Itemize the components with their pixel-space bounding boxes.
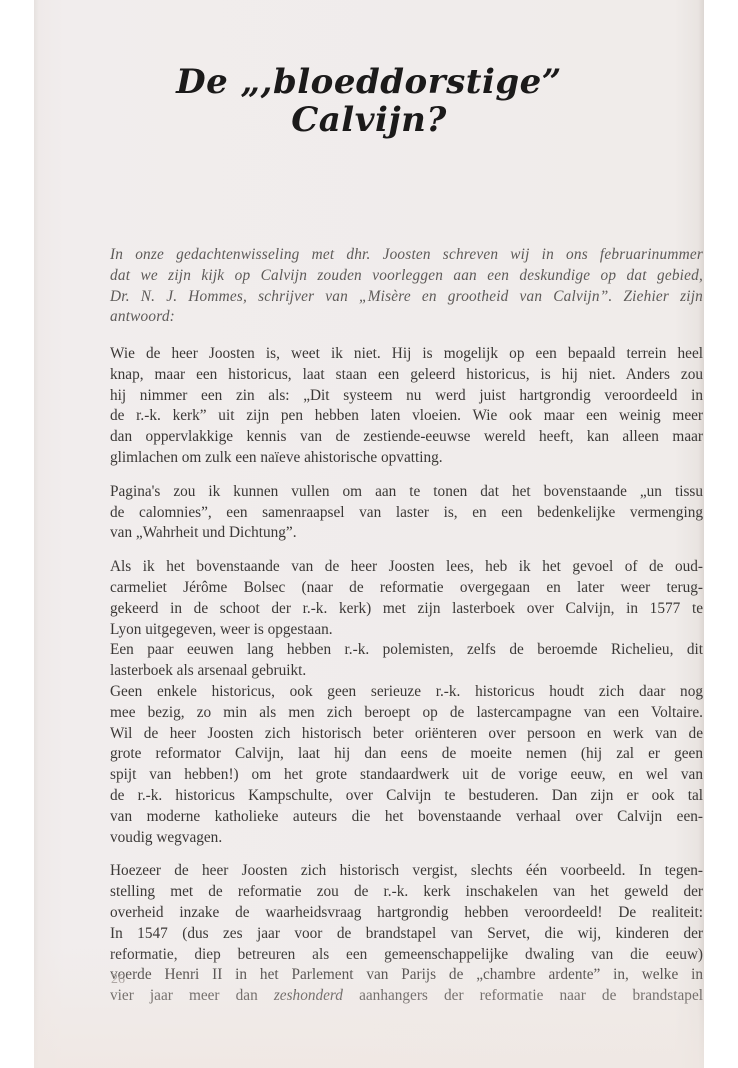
article-title: De „,bloeddorstige” Calvijn? bbox=[34, 63, 704, 139]
intro-line: dat we zijn kijk op Calvijn zouden voorl… bbox=[110, 266, 703, 287]
emphasized-word: zeshonderd bbox=[274, 987, 343, 1004]
text-line: Als ik het bovenstaande van de heer Joos… bbox=[110, 557, 703, 578]
text-line: Een paar eeuwen lang hebben r.-k. polemi… bbox=[110, 640, 703, 661]
text-line: Geen enkele historicus, ook geen serieuz… bbox=[110, 682, 703, 703]
text-line: spijt van hebben!) om het grote standaar… bbox=[110, 765, 703, 786]
intro-paragraph: In onze gedachtenwisseling met dhr. Joos… bbox=[110, 245, 703, 328]
body-paragraph: Wie de heer Joosten is, weet ik niet. Hi… bbox=[110, 344, 703, 469]
text-line: vier jaar meer dan zeshonderd aanhangers… bbox=[110, 986, 703, 1007]
intro-line: Dr. N. J. Hommes, schrijver van „Misère … bbox=[110, 287, 703, 308]
text-line: overheid inzake de waarheidsvraag hartgr… bbox=[110, 903, 703, 924]
text-line: grote reformator Calvijn, laat hij dan e… bbox=[110, 744, 703, 765]
text-line: mee bezig, zo min als men zich beroept o… bbox=[110, 703, 703, 724]
body-paragraph: Pagina's zou ik kunnen vullen om aan te … bbox=[110, 482, 703, 544]
text-line: Hoezeer de heer Joosten zich historisch … bbox=[110, 861, 703, 882]
title-line-2: Calvijn? bbox=[34, 101, 704, 139]
title-line-1: De „,bloeddorstige” bbox=[34, 63, 704, 101]
body-paragraph: Als ik het bovenstaande van de heer Joos… bbox=[110, 557, 703, 848]
text-line: voudig wegvagen. bbox=[110, 828, 703, 849]
article-body: Wie de heer Joosten is, weet ik niet. Hi… bbox=[110, 344, 703, 1020]
text-line: reformatie, diep betreuren als een gemee… bbox=[110, 945, 703, 966]
text-line: hij nimmer een zin als: „Dit systeem nu … bbox=[110, 386, 703, 407]
body-paragraph: Hoezeer de heer Joosten zich historisch … bbox=[110, 861, 703, 1007]
text-line: de calomnies”, een samenraapsel van last… bbox=[110, 503, 703, 524]
text-line: de r.-k. kerk” uit zijn pen hebben laten… bbox=[110, 406, 703, 427]
document-page: De „,bloeddorstige” Calvijn? In onze ged… bbox=[34, 0, 704, 1068]
text-line: glimlachen om zulk een naïeve ahistorisc… bbox=[110, 448, 703, 469]
text-line: voerde Henri II in het Parlement van Par… bbox=[110, 965, 703, 986]
text-line: knap, maar een historicus, laat staan ee… bbox=[110, 365, 703, 386]
text-line: Wil de heer Joosten zich historisch bete… bbox=[110, 724, 703, 745]
text-line: In 1547 (dus zes jaar voor de brandstape… bbox=[110, 924, 703, 945]
text-line: Lyon uitgegeven, weer is opgestaan. bbox=[110, 620, 703, 641]
text-line: lasterboek als arsenaal gebruikt. bbox=[110, 661, 703, 682]
text-line: de r.-k. historicus Kampschulte, over Ca… bbox=[110, 786, 703, 807]
text-line: Pagina's zou ik kunnen vullen om aan te … bbox=[110, 482, 703, 503]
intro-line: antwoord: bbox=[110, 307, 703, 328]
intro-line: In onze gedachtenwisseling met dhr. Joos… bbox=[110, 245, 703, 266]
text-line: carmeliet Jérôme Bolsec (naar de reforma… bbox=[110, 578, 703, 599]
text-line: stelling met de reformatie zou de r.-k. … bbox=[110, 882, 703, 903]
text-line: van moderne katholieke auteurs die het b… bbox=[110, 807, 703, 828]
page-number: 26 bbox=[111, 972, 125, 988]
text-line: van „Wahrheit und Dichtung”. bbox=[110, 523, 703, 544]
text-line: dan oppervlakkige kennis van de zestiend… bbox=[110, 427, 703, 448]
text-line: Wie de heer Joosten is, weet ik niet. Hi… bbox=[110, 344, 703, 365]
text-line: gekeerd in de schoot der r.-k. kerk) met… bbox=[110, 599, 703, 620]
